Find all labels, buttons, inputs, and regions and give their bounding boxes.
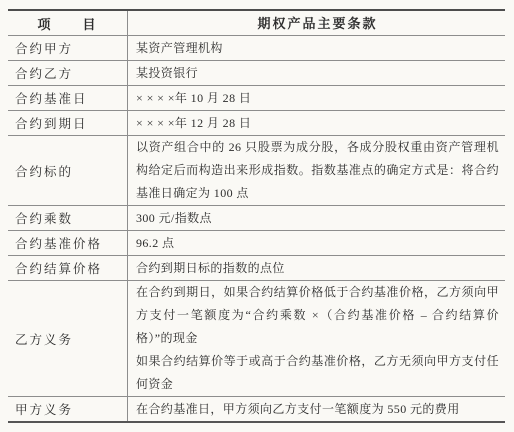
row-content-cell: × × × ×年 12 月 28 日 [128, 111, 505, 135]
table-row: 合约结算价格 合约到期日标的指数的点位 [8, 256, 505, 281]
row-content-cell: × × × ×年 10 月 28 日 [128, 86, 505, 110]
header-terms-cell: 期权产品主要条款 [128, 11, 505, 35]
row-paragraph: × × × ×年 10 月 28 日 [136, 87, 499, 110]
row-label: 合约基准价格 [8, 231, 128, 255]
row-label: 合约乙方 [8, 61, 128, 85]
row-content-cell: 在合约基准日，甲方须向乙方支付一笔额度为 550 元的费用 [128, 397, 505, 421]
row-paragraph: 以资产组合中的 26 只股票为成分股，各成分股权重由资产管理机构给定后而构造出来… [136, 136, 499, 205]
table-row: 合约到期日 × × × ×年 12 月 28 日 [8, 111, 505, 136]
row-content-cell: 某投资银行 [128, 61, 505, 85]
table-row: 甲方义务 在合约基准日，甲方须向乙方支付一笔额度为 550 元的费用 [8, 397, 505, 421]
row-paragraph: 某投资银行 [136, 62, 499, 85]
row-paragraph: 如果合约结算价等于或高于合约基准价格，乙方无须向甲方支付任何资金 [136, 350, 499, 396]
header-terms-label: 期权产品主要条款 [257, 12, 377, 35]
header-item-cell: 项 目 [8, 11, 128, 35]
row-label: 甲方义务 [8, 397, 128, 421]
table-row: 合约乙方 某投资银行 [8, 61, 505, 86]
table-row: 合约甲方 某资产管理机构 [8, 36, 505, 61]
table-row: 合约乘数 300 元/指数点 [8, 206, 505, 231]
row-paragraph: 在合约基准日，甲方须向乙方支付一笔额度为 550 元的费用 [136, 398, 499, 421]
row-paragraph: 300 元/指数点 [136, 207, 499, 230]
terms-table-body: 合约甲方 某资产管理机构 合约乙方 某投资银行 合约基准日 × × × ×年 1… [8, 36, 505, 421]
row-label: 合约标的 [8, 136, 128, 205]
row-content-cell: 96.2 点 [128, 231, 505, 255]
row-content-cell: 300 元/指数点 [128, 206, 505, 230]
row-label: 乙方义务 [8, 281, 128, 396]
row-label: 合约甲方 [8, 36, 128, 60]
terms-table: 项 目 期权产品主要条款 合约甲方 某资产管理机构 合约乙方 某投资银行 合约基… [8, 9, 505, 423]
row-label: 合约基准日 [8, 86, 128, 110]
row-content-cell: 合约到期日标的指数的点位 [128, 256, 505, 280]
table-row: 乙方义务 在合约到期日，如果合约结算价格低于合约基准价格，乙方须向甲方支付一笔额… [8, 281, 505, 397]
row-content-cell: 以资产组合中的 26 只股票为成分股，各成分股权重由资产管理机构给定后而构造出来… [128, 136, 505, 205]
table-header-row: 项 目 期权产品主要条款 [8, 11, 505, 36]
row-paragraph: 某资产管理机构 [136, 37, 499, 60]
table-row: 合约标的 以资产组合中的 26 只股票为成分股，各成分股权重由资产管理机构给定后… [8, 136, 505, 206]
row-label: 合约到期日 [8, 111, 128, 135]
row-paragraph: 在合约到期日，如果合约结算价格低于合约基准价格，乙方须向甲方支付一笔额度为“合约… [136, 281, 499, 350]
row-label: 合约结算价格 [8, 256, 128, 280]
row-label: 合约乘数 [8, 206, 128, 230]
table-row: 合约基准日 × × × ×年 10 月 28 日 [8, 86, 505, 111]
row-paragraph: × × × ×年 12 月 28 日 [136, 112, 499, 135]
row-content-cell: 某资产管理机构 [128, 36, 505, 60]
table-row: 合约基准价格 96.2 点 [8, 231, 505, 256]
row-paragraph: 合约到期日标的指数的点位 [136, 257, 499, 280]
page: { "colors": { "background": "#faf9f5", "… [0, 0, 514, 432]
row-paragraph: 96.2 点 [136, 232, 499, 255]
row-content-cell: 在合约到期日，如果合约结算价格低于合约基准价格，乙方须向甲方支付一笔额度为“合约… [128, 281, 505, 396]
